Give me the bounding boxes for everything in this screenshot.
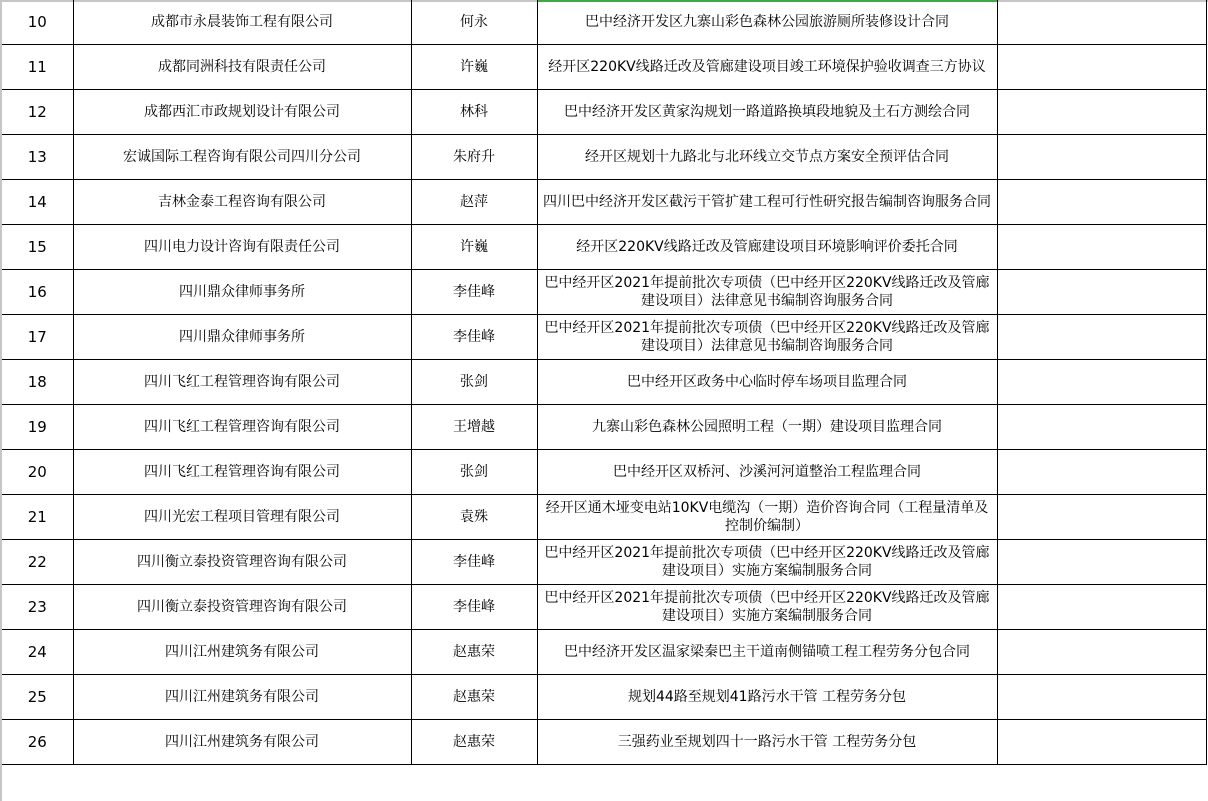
cell-remarks[interactable]: [997, 225, 1206, 270]
cell-company-name[interactable]: 四川江州建筑务有限公司: [73, 675, 411, 720]
cell-serial-number[interactable]: 12: [2, 90, 73, 135]
table-body: 10成都市永晨装饰工程有限公司何永巴中经济开发区九寨山彩色森林公园旅游厕所装修设…: [2, 0, 1206, 765]
cell-company-name[interactable]: 成都市永晨装饰工程有限公司: [73, 0, 411, 45]
cell-serial-number[interactable]: 18: [2, 360, 73, 405]
cell-remarks[interactable]: [997, 630, 1206, 675]
cell-company-name[interactable]: 四川江州建筑务有限公司: [73, 720, 411, 765]
contract-table: 10成都市永晨装饰工程有限公司何永巴中经济开发区九寨山彩色森林公园旅游厕所装修设…: [2, 0, 1207, 765]
table-row: 22四川衡立泰投资管理咨询有限公司李佳峰巴中经开区2021年提前批次专项债（巴中…: [2, 540, 1206, 585]
cell-company-name[interactable]: 四川衡立泰投资管理咨询有限公司: [73, 585, 411, 630]
cell-contact-person[interactable]: 李佳峰: [411, 315, 537, 360]
cell-serial-number[interactable]: 22: [2, 540, 73, 585]
cell-contact-person[interactable]: 何永: [411, 0, 537, 45]
cell-contact-person[interactable]: 朱府升: [411, 135, 537, 180]
cell-remarks[interactable]: [997, 315, 1206, 360]
cell-serial-number[interactable]: 25: [2, 675, 73, 720]
table-row: 13宏诚国际工程咨询有限公司四川分公司朱府升经开区规划十九路北与北环线立交节点方…: [2, 135, 1206, 180]
cell-contact-person[interactable]: 李佳峰: [411, 270, 537, 315]
cell-contract-name[interactable]: 巴中经济开发区九寨山彩色森林公园旅游厕所装修设计合同: [537, 0, 997, 45]
cell-serial-number[interactable]: 20: [2, 450, 73, 495]
cell-contact-person[interactable]: 赵萍: [411, 180, 537, 225]
cell-contract-name[interactable]: 经开区通木垭变电站10KV电缆沟（一期）造价咨询合同（工程量清单及控制价编制）: [537, 495, 997, 540]
cell-contract-name[interactable]: 巴中经开区2021年提前批次专项债（巴中经开区220KV线路迁改及管廊建设项目）…: [537, 315, 997, 360]
cell-remarks[interactable]: [997, 540, 1206, 585]
cell-company-name[interactable]: 吉林金泰工程咨询有限公司: [73, 180, 411, 225]
cell-company-name[interactable]: 四川飞红工程管理咨询有限公司: [73, 405, 411, 450]
cell-contract-name[interactable]: 巴中经开区2021年提前批次专项债（巴中经开区220KV线路迁改及管廊建设项目）…: [537, 540, 997, 585]
table-row: 26四川江州建筑务有限公司赵惠荣三强药业至规划四十一路污水干管 工程劳务分包: [2, 720, 1206, 765]
cell-contact-person[interactable]: 赵惠荣: [411, 720, 537, 765]
cell-serial-number[interactable]: 19: [2, 405, 73, 450]
cell-contract-name[interactable]: 三强药业至规划四十一路污水干管 工程劳务分包: [537, 720, 997, 765]
cell-company-name[interactable]: 四川光宏工程项目管理有限公司: [73, 495, 411, 540]
cell-serial-number[interactable]: 15: [2, 225, 73, 270]
cell-contact-person[interactable]: 许巍: [411, 225, 537, 270]
table-row: 15四川电力设计咨询有限责任公司许巍经开区220KV线路迁改及管廊建设项目环境影…: [2, 225, 1206, 270]
cell-company-name[interactable]: 成都同洲科技有限责任公司: [73, 45, 411, 90]
table-row: 16四川鼎众律师事务所李佳峰巴中经开区2021年提前批次专项债（巴中经开区220…: [2, 270, 1206, 315]
cell-company-name[interactable]: 四川江州建筑务有限公司: [73, 630, 411, 675]
cell-contract-name[interactable]: 规划44路至规划41路污水干管 工程劳务分包: [537, 675, 997, 720]
cell-serial-number[interactable]: 10: [2, 0, 73, 45]
cell-contract-name[interactable]: 巴中经济开发区黄家沟规划一路道路换填段地貌及土石方测绘合同: [537, 90, 997, 135]
cell-remarks[interactable]: [997, 495, 1206, 540]
cell-remarks[interactable]: [997, 90, 1206, 135]
table-row: 17四川鼎众律师事务所李佳峰巴中经开区2021年提前批次专项债（巴中经开区220…: [2, 315, 1206, 360]
cell-company-name[interactable]: 四川鼎众律师事务所: [73, 270, 411, 315]
cell-remarks[interactable]: [997, 360, 1206, 405]
cell-contact-person[interactable]: 袁殊: [411, 495, 537, 540]
cell-serial-number[interactable]: 13: [2, 135, 73, 180]
cell-serial-number[interactable]: 21: [2, 495, 73, 540]
table-row: 14吉林金泰工程咨询有限公司赵萍四川巴中经济开发区截污干管扩建工程可行性研究报告…: [2, 180, 1206, 225]
cell-remarks[interactable]: [997, 405, 1206, 450]
table-row: 24四川江州建筑务有限公司赵惠荣巴中经济开发区温家梁秦巴主干道南侧锚喷工程工程劳…: [2, 630, 1206, 675]
cell-remarks[interactable]: [997, 270, 1206, 315]
cell-remarks[interactable]: [997, 45, 1206, 90]
table-row: 11成都同洲科技有限责任公司许巍经开区220KV线路迁改及管廊建设项目竣工环境保…: [2, 45, 1206, 90]
cell-company-name[interactable]: 四川鼎众律师事务所: [73, 315, 411, 360]
cell-company-name[interactable]: 四川衡立泰投资管理咨询有限公司: [73, 540, 411, 585]
table-row: 10成都市永晨装饰工程有限公司何永巴中经济开发区九寨山彩色森林公园旅游厕所装修设…: [2, 0, 1206, 45]
cell-contact-person[interactable]: 张剑: [411, 360, 537, 405]
cell-contract-name[interactable]: 九寨山彩色森林公园照明工程（一期）建设项目监理合同: [537, 405, 997, 450]
cell-remarks[interactable]: [997, 675, 1206, 720]
cell-contact-person[interactable]: 林科: [411, 90, 537, 135]
cell-remarks[interactable]: [997, 720, 1206, 765]
cell-contact-person[interactable]: 李佳峰: [411, 585, 537, 630]
cell-contract-name[interactable]: 巴中经开区政务中心临时停车场项目监理合同: [537, 360, 997, 405]
table-row: 12成都西汇市政规划设计有限公司林科巴中经济开发区黄家沟规划一路道路换填段地貌及…: [2, 90, 1206, 135]
cell-remarks[interactable]: [997, 180, 1206, 225]
cell-company-name[interactable]: 四川电力设计咨询有限责任公司: [73, 225, 411, 270]
cell-remarks[interactable]: [997, 135, 1206, 180]
cell-contract-name[interactable]: 巴中经济开发区温家梁秦巴主干道南侧锚喷工程工程劳务分包合同: [537, 630, 997, 675]
cell-contract-name[interactable]: 经开区220KV线路迁改及管廊建设项目环境影响评价委托合同: [537, 225, 997, 270]
cell-remarks[interactable]: [997, 450, 1206, 495]
cell-company-name[interactable]: 宏诚国际工程咨询有限公司四川分公司: [73, 135, 411, 180]
table-row: 25四川江州建筑务有限公司赵惠荣规划44路至规划41路污水干管 工程劳务分包: [2, 675, 1206, 720]
cell-company-name[interactable]: 四川飞红工程管理咨询有限公司: [73, 360, 411, 405]
cell-contract-name[interactable]: 经开区规划十九路北与北环线立交节点方案安全预评估合同: [537, 135, 997, 180]
spreadsheet-grid: 10成都市永晨装饰工程有限公司何永巴中经济开发区九寨山彩色森林公园旅游厕所装修设…: [0, 0, 1208, 801]
cell-serial-number[interactable]: 24: [2, 630, 73, 675]
cell-contract-name[interactable]: 四川巴中经济开发区截污干管扩建工程可行性研究报告编制咨询服务合同: [537, 180, 997, 225]
cell-serial-number[interactable]: 11: [2, 45, 73, 90]
cell-company-name[interactable]: 成都西汇市政规划设计有限公司: [73, 90, 411, 135]
table-row: 18四川飞红工程管理咨询有限公司张剑巴中经开区政务中心临时停车场项目监理合同: [2, 360, 1206, 405]
cell-company-name[interactable]: 四川飞红工程管理咨询有限公司: [73, 450, 411, 495]
table-row: 19四川飞红工程管理咨询有限公司王增越九寨山彩色森林公园照明工程（一期）建设项目…: [2, 405, 1206, 450]
cell-contact-person[interactable]: 赵惠荣: [411, 630, 537, 675]
cell-contract-name[interactable]: 巴中经开区2021年提前批次专项债（巴中经开区220KV线路迁改及管廊建设项目）…: [537, 585, 997, 630]
cell-contact-person[interactable]: 许巍: [411, 45, 537, 90]
table-row: 23四川衡立泰投资管理咨询有限公司李佳峰巴中经开区2021年提前批次专项债（巴中…: [2, 585, 1206, 630]
table-row: 21四川光宏工程项目管理有限公司袁殊经开区通木垭变电站10KV电缆沟（一期）造价…: [2, 495, 1206, 540]
cell-remarks[interactable]: [997, 0, 1206, 45]
cell-contact-person[interactable]: 李佳峰: [411, 540, 537, 585]
cell-serial-number[interactable]: 14: [2, 180, 73, 225]
cell-contract-name[interactable]: 巴中经开区双桥河、沙溪河河道整治工程监理合同: [537, 450, 997, 495]
cell-serial-number[interactable]: 23: [2, 585, 73, 630]
cell-serial-number[interactable]: 17: [2, 315, 73, 360]
cell-contract-name[interactable]: 经开区220KV线路迁改及管廊建设项目竣工环境保护验收调查三方协议: [537, 45, 997, 90]
cell-contract-name[interactable]: 巴中经开区2021年提前批次专项债（巴中经开区220KV线路迁改及管廊建设项目）…: [537, 270, 997, 315]
cell-serial-number[interactable]: 26: [2, 720, 73, 765]
cell-contact-person[interactable]: 王增越: [411, 405, 537, 450]
table-row: 20四川飞红工程管理咨询有限公司张剑巴中经开区双桥河、沙溪河河道整治工程监理合同: [2, 450, 1206, 495]
cell-remarks[interactable]: [997, 585, 1206, 630]
cell-contact-person[interactable]: 张剑: [411, 450, 537, 495]
cell-contact-person[interactable]: 赵惠荣: [411, 675, 537, 720]
cell-serial-number[interactable]: 16: [2, 270, 73, 315]
